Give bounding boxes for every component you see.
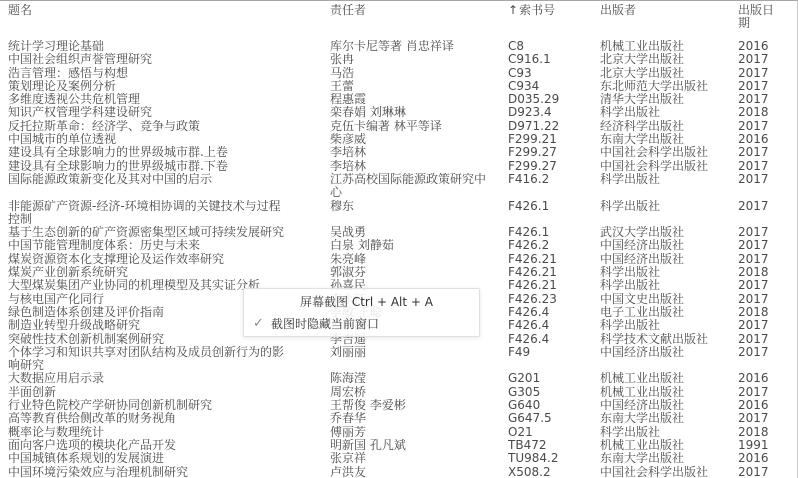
- book-call-number: G647.5: [508, 412, 600, 425]
- book-title[interactable]: 中国社会组织声誉管理研究: [8, 53, 330, 66]
- table-row[interactable]: 中国社会组织声誉管理研究 张冉 C916.1 北京大学出版社 2017: [0, 53, 797, 66]
- book-publisher: 机械工业出版社: [600, 40, 738, 53]
- table-row[interactable]: 大数据应用启示录 陈海滢 G201 机械工业出版社 2016: [0, 372, 797, 385]
- book-call-number: C934: [508, 80, 600, 93]
- book-call-number: F426.1: [508, 200, 600, 213]
- table-row[interactable]: 策划理论及案例分析 王蕾 C934 东北师范大学出版社 2017: [0, 80, 797, 93]
- book-title[interactable]: 概率论与数理统计: [8, 426, 330, 439]
- book-year: 2017: [738, 93, 790, 106]
- book-author: 吴战勇: [330, 226, 508, 239]
- book-publisher: 武汉大学出版社: [600, 226, 738, 239]
- book-call-number: F49: [508, 346, 600, 359]
- book-year: 2017: [738, 120, 790, 133]
- book-call-number: TB472: [508, 439, 600, 452]
- book-title[interactable]: 高等教育供给侧改革的财务视角: [8, 412, 330, 425]
- book-title[interactable]: 中国节能管理制度体系：历史与未来: [8, 239, 330, 252]
- book-call-number: F426.21: [508, 253, 600, 266]
- book-title[interactable]: 非能源矿产资源-经济-环境相协调的关键技术与过程 控制: [8, 200, 330, 227]
- table-row[interactable]: 浩言管理：感悟与构想 马浩 C93 北京大学出版社 2017: [0, 67, 797, 80]
- book-year: 2017: [738, 279, 790, 292]
- book-year: 2016: [738, 40, 790, 53]
- screenshot-tooltip: 屏幕截图 Ctrl + Alt + A ✓ 截图时隐藏当前窗口: [243, 288, 480, 337]
- book-call-number: C93: [508, 67, 600, 80]
- book-author: 柴彦威: [330, 133, 508, 146]
- catalog-results-page: 题名 责任者 ↑索书号 出版者 出版日期 统计学习理论基础 库尔卡尼等著 肖忠祥…: [0, 0, 798, 478]
- book-call-number: F426.21: [508, 279, 600, 292]
- book-publisher: 机械工业出版社: [600, 439, 738, 452]
- table-header: 题名 责任者 ↑索书号 出版者 出版日期: [0, 4, 797, 31]
- book-call-number: G201: [508, 372, 600, 385]
- book-title[interactable]: 中国环境污染效应与治理机制研究: [8, 466, 330, 478]
- screenshot-shortcut-label: 屏幕截图 Ctrl + Alt + A: [300, 295, 479, 309]
- book-publisher: 科学出版社: [600, 200, 738, 213]
- book-publisher: 中国经济出版社: [600, 253, 738, 266]
- book-year: 2017: [738, 146, 790, 159]
- table-row[interactable]: 中国环境污染效应与治理机制研究 卢洪友 X508.2 中国社会科学出版社 201…: [0, 466, 797, 478]
- book-author: 穆东: [330, 200, 508, 213]
- book-publisher: 中国经济出版社: [600, 399, 738, 412]
- book-publisher: 中国社会科学出版社: [600, 160, 738, 173]
- book-call-number: D923.4: [508, 106, 600, 119]
- book-publisher: 东南大学出版社: [600, 452, 738, 465]
- book-author: 傅丽芳: [330, 426, 508, 439]
- checkmark-icon: ✓: [253, 317, 269, 331]
- table-row[interactable]: 个体学习和知识共享对团队结构及成员创新行为的影 响研究 刘丽丽 F49 中国经济…: [0, 346, 797, 373]
- book-author: 王帮俊 李爱彬: [330, 399, 508, 412]
- table-row[interactable]: 煤炭产业创新系统研究 郭淑芬 F426.21 科学出版社 2018: [0, 266, 797, 279]
- book-publisher: 经济科学出版社: [600, 120, 738, 133]
- book-publisher: 机械工业出版社: [600, 386, 738, 399]
- column-header-publisher[interactable]: 出版者: [600, 4, 738, 17]
- book-author: 李培林: [330, 146, 508, 159]
- book-year: 2017: [738, 53, 790, 66]
- book-call-number: X508.2: [508, 466, 600, 478]
- book-title[interactable]: 反托拉斯革命：经济学、竞争与政策: [8, 120, 330, 133]
- table-row[interactable]: 煤炭资源资本化支撑理论及运作效率研究 朱亮峰 F426.21 中国经济出版社 2…: [0, 253, 797, 266]
- column-header-author[interactable]: 责任者: [330, 4, 508, 17]
- book-title[interactable]: 基于生态创新的矿产资源密集型区域可持续发展研究: [8, 226, 330, 239]
- book-publisher: 科学出版社: [600, 266, 738, 279]
- book-year: 2017: [738, 253, 790, 266]
- book-call-number: F299.27: [508, 160, 600, 173]
- book-publisher: 中国经济出版社: [600, 239, 738, 252]
- book-year: 2017: [738, 293, 790, 306]
- book-title[interactable]: 大数据应用启示录: [8, 372, 330, 385]
- book-author: 程惠霞: [330, 93, 508, 106]
- table-row[interactable]: 国际能源政策新变化及其对中国的启示 江苏高校国际能源政策研究中 心 F416.2…: [0, 173, 797, 200]
- book-year: 2017: [738, 346, 790, 359]
- book-call-number: F426.21: [508, 266, 600, 279]
- book-title[interactable]: 行业特色院校产学研协同创新机制研究: [8, 399, 330, 412]
- book-publisher: 科学出版社: [600, 279, 738, 292]
- book-publisher: 中国社会科学出版社: [600, 146, 738, 159]
- book-publisher: 科学技术文献出版社: [600, 333, 738, 346]
- book-publisher: 清华大学出版社: [600, 93, 738, 106]
- book-year: 2017: [738, 412, 790, 425]
- book-call-number: D035.29: [508, 93, 600, 106]
- book-year: 2017: [738, 80, 790, 93]
- book-publisher: 科学出版社: [600, 106, 738, 119]
- book-publisher: 中国经济出版社: [600, 346, 738, 359]
- column-header-callnumber[interactable]: ↑索书号: [508, 4, 600, 17]
- book-call-number: G305: [508, 386, 600, 399]
- book-title[interactable]: 中国城市的单位透视: [8, 133, 330, 146]
- book-publisher: 东南大学出版社: [600, 412, 738, 425]
- table-row[interactable]: 建设具有全球影响力的世界级城市群.下卷 李培林 F299.27 中国社会科学出版…: [0, 160, 797, 173]
- table-row[interactable]: 反托拉斯革命：经济学、竞争与政策 克伍卡编著 林平等译 D971.22 经济科学…: [0, 120, 797, 133]
- book-year: 2017: [738, 319, 790, 332]
- book-author: 李培林: [330, 160, 508, 173]
- book-title[interactable]: 浩言管理：感悟与构想: [8, 67, 330, 80]
- book-call-number: F426.4: [508, 306, 600, 319]
- table-row[interactable]: 基于生态创新的矿产资源密集型区域可持续发展研究 吴战勇 F426.1 武汉大学出…: [0, 226, 797, 239]
- book-call-number: F426.2: [508, 239, 600, 252]
- column-header-callnumber-label: 索书号: [519, 4, 555, 17]
- book-author: 栾春娟 刘琳琳: [330, 106, 508, 119]
- book-title[interactable]: 国际能源政策新变化及其对中国的启示: [8, 173, 330, 186]
- book-call-number: C916.1: [508, 53, 600, 66]
- table-row[interactable]: 统计学习理论基础 库尔卡尼等著 肖忠祥译 C8 机械工业出版社 2016: [0, 40, 797, 53]
- book-title[interactable]: 煤炭资源资本化支撑理论及运作效率研究: [8, 253, 330, 266]
- book-publisher: 东北师范大学出版社: [600, 80, 738, 93]
- hide-window-option[interactable]: ✓ 截图时隐藏当前窗口: [253, 317, 479, 331]
- table-row[interactable]: 概率论与数理统计 傅丽芳 O21 科学出版社 2018: [0, 426, 797, 439]
- table-row[interactable]: 中国节能管理制度体系：历史与未来 白泉 刘静茹 F426.2 中国经济出版社 2…: [0, 239, 797, 252]
- hide-window-option-label: 截图时隐藏当前窗口: [271, 317, 379, 331]
- sort-ascending-icon: ↑: [508, 4, 518, 17]
- book-title[interactable]: 中国城镇体系规划的发展演进: [8, 452, 330, 465]
- book-title[interactable]: 统计学习理论基础: [8, 40, 330, 53]
- book-author: 刘丽丽: [330, 346, 508, 359]
- book-year: 1991: [738, 439, 790, 452]
- book-call-number: F426.4: [508, 319, 600, 332]
- book-author: 张冉: [330, 53, 508, 66]
- book-publisher: 电子工业出版社: [600, 306, 738, 319]
- book-year: 2017: [738, 386, 790, 399]
- column-header-title[interactable]: 题名: [8, 4, 330, 17]
- book-year: 2017: [738, 173, 790, 186]
- book-author: 库尔卡尼等著 肖忠祥译: [330, 40, 508, 53]
- book-call-number: D971.22: [508, 120, 600, 133]
- book-call-number: G640: [508, 399, 600, 412]
- book-year: 2016: [738, 399, 790, 412]
- book-year: 2017: [738, 67, 790, 80]
- book-publisher: 北京大学出版社: [600, 53, 738, 66]
- book-year: 2018: [738, 306, 790, 319]
- table-row[interactable]: 知识产权管理学科建设研究 栾春娟 刘琳琳 D923.4 科学出版社 2018: [0, 106, 797, 119]
- book-publisher: 机械工业出版社: [600, 372, 738, 385]
- table-row[interactable]: 面向客户选项的模块化产品开发 明新国 孔凡斌 TB472 机械工业出版社 199…: [0, 439, 797, 452]
- book-call-number: F426.4: [508, 333, 600, 346]
- book-call-number: F299.21: [508, 133, 600, 146]
- book-year: 2016: [738, 133, 790, 146]
- book-year: 2017: [738, 200, 790, 213]
- book-title[interactable]: 面向客户选项的模块化产品开发: [8, 439, 330, 452]
- book-author: 王蕾: [330, 80, 508, 93]
- table-row[interactable]: 多维度透视公共危机管理 程惠霞 D035.29 清华大学出版社 2017: [0, 93, 797, 106]
- table-row[interactable]: 非能源矿产资源-经济-环境相协调的关键技术与过程 控制 穆东 F426.1 科学…: [0, 200, 797, 227]
- book-year: 2018: [738, 106, 790, 119]
- book-call-number: F299.27: [508, 146, 600, 159]
- table-row[interactable]: 高等教育供给侧改革的财务视角 乔春华 G647.5 东南大学出版社 2017: [0, 412, 797, 425]
- book-author: 郭淑芬: [330, 266, 508, 279]
- book-year: 2017: [738, 160, 790, 173]
- book-year: 2018: [738, 266, 790, 279]
- book-call-number: C8: [508, 40, 600, 53]
- book-author: 朱亮峰: [330, 253, 508, 266]
- book-publisher: 科学出版社: [600, 173, 738, 186]
- book-author: 卢洪友: [330, 466, 508, 478]
- book-call-number: O21: [508, 426, 600, 439]
- book-author: 克伍卡编著 林平等译: [330, 120, 508, 133]
- column-header-year[interactable]: 出版日期: [738, 4, 776, 31]
- book-title[interactable]: 个体学习和知识共享对团队结构及成员创新行为的影 响研究: [8, 346, 330, 373]
- book-publisher: 中国社会科学出版社: [600, 466, 738, 478]
- table-body: 统计学习理论基础 库尔卡尼等著 肖忠祥译 C8 机械工业出版社 2016 中国社…: [0, 40, 797, 478]
- book-author: 白泉 刘静茹: [330, 239, 508, 252]
- table-row[interactable]: 中国城市的单位透视 柴彦威 F299.21 东南大学出版社 2016: [0, 133, 797, 146]
- book-title[interactable]: 煤炭产业创新系统研究: [8, 266, 330, 279]
- book-title[interactable]: 策划理论及案例分析: [8, 80, 330, 93]
- book-author: 乔春华: [330, 412, 508, 425]
- book-year: 2016: [738, 372, 790, 385]
- book-call-number: F426.1: [508, 226, 600, 239]
- book-publisher: 中国文史出版社: [600, 293, 738, 306]
- book-year: 2018: [738, 426, 790, 439]
- book-call-number: TU984.2: [508, 452, 600, 465]
- book-title[interactable]: 知识产权管理学科建设研究: [8, 106, 330, 119]
- book-author: 明新国 孔凡斌: [330, 439, 508, 452]
- book-year: 2017: [738, 333, 790, 346]
- book-publisher: 科学出版社: [600, 319, 738, 332]
- book-call-number: F426.23: [508, 293, 600, 306]
- book-publisher: 东南大学出版社: [600, 133, 738, 146]
- book-author: 张京祥: [330, 452, 508, 465]
- book-call-number: F416.2: [508, 173, 600, 186]
- book-title[interactable]: 建设具有全球影响力的世界级城市群.上卷: [8, 146, 330, 159]
- book-year: 2017: [738, 466, 790, 478]
- book-title[interactable]: 多维度透视公共危机管理: [8, 93, 330, 106]
- book-title[interactable]: 建设具有全球影响力的世界级城市群.下卷: [8, 160, 330, 173]
- table-row[interactable]: 建设具有全球影响力的世界级城市群.上卷 李培林 F299.27 中国社会科学出版…: [0, 146, 797, 159]
- book-year: 2017: [738, 239, 790, 252]
- book-author: 周宏桥: [330, 386, 508, 399]
- book-year: 2016: [738, 452, 790, 465]
- table-row[interactable]: 中国城镇体系规划的发展演进 张京祥 TU984.2 东南大学出版社 2016: [0, 452, 797, 465]
- table-row[interactable]: 半面创新 周宏桥 G305 机械工业出版社 2017: [0, 386, 797, 399]
- book-title[interactable]: 半面创新: [8, 386, 330, 399]
- table-row[interactable]: 行业特色院校产学研协同创新机制研究 王帮俊 李爱彬 G640 中国经济出版社 2…: [0, 399, 797, 412]
- book-author: 马浩: [330, 67, 508, 80]
- book-author: 江苏高校国际能源政策研究中 心: [330, 173, 508, 200]
- book-publisher: 科学出版社: [600, 426, 738, 439]
- book-year: 2017: [738, 226, 790, 239]
- book-author: 陈海滢: [330, 372, 508, 385]
- book-publisher: 北京大学出版社: [600, 67, 738, 80]
